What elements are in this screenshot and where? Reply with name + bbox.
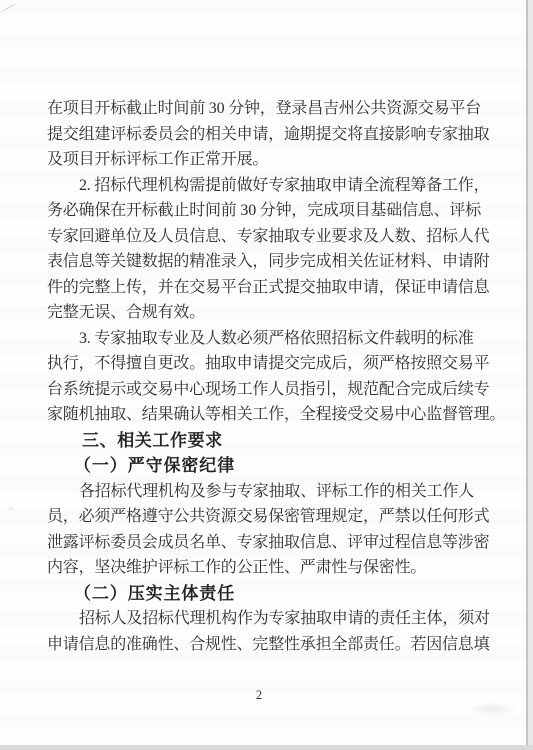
body-line: 台系统提示或交易中心现场工作人员指引，规范配合完成后续专 [47, 377, 493, 403]
body-line: 内容，坚决维护评标工作的公正性、严肃性与保密性。 [47, 555, 493, 581]
body-line: 及项目开标评标工作正常开展。 [47, 147, 493, 173]
scan-background-right [528, 0, 533, 750]
body-line: 泄露评标委员会成员名单、专家抽取信息、评审过程信息等涉密 [47, 530, 493, 556]
body-line: 招标人及招标代理机构作为专家抽取申请的责任主体，须对 [47, 606, 493, 632]
page-number: 2 [0, 688, 518, 703]
subsection-heading: （二）压实主体责任 [47, 581, 493, 607]
scan-background-bottom [0, 745, 533, 750]
body-line: 提交组建评标委员会的相关申请，逾期提交将直接影响专家抽取 [47, 122, 493, 148]
body-line: 件的完整上传，并在交易平台正式提交抽取申请，保证申请信息 [47, 275, 493, 301]
scan-smudge [447, 124, 475, 131]
body-line: 员，必须严格遵守公共资源交易保密管理规定，严禁以任何形式 [47, 504, 493, 530]
body-line: 2. 招标代理机构需提前做好专家抽取申请全流程筹备工作， [47, 173, 493, 199]
document-body: 在项目开标截止时间前 30 分钟，登录昌吉州公共资源交易平台 提交组建评标委员会… [47, 96, 493, 657]
body-line: 专家回避单位及人员信息、专家抽取专业要求及人数、招标人代 [47, 224, 493, 250]
body-line: 家随机抽取、结果确认等相关工作，全程接受交易中心监督管理。 [47, 402, 493, 428]
scan-smudge [468, 702, 518, 716]
body-line: 各招标代理机构及参与专家抽取、评标工作的相关工作人 [47, 479, 493, 505]
section-heading: 三、相关工作要求 [47, 428, 493, 454]
scan-smudge [6, 506, 16, 511]
body-line: 在项目开标截止时间前 30 分钟，登录昌吉州公共资源交易平台 [47, 96, 493, 122]
body-line: 3. 专家抽取专业及人数必须严格依照招标文件载明的标准 [47, 326, 493, 352]
body-line: 务必确保在开标截止时间前 30 分钟，完成项目基础信息、评标 [47, 198, 493, 224]
scan-corner-artifact [1, 4, 14, 12]
body-line: 表信息等关键数据的精准录入，同步完成相关佐证材料、申请附 [47, 249, 493, 275]
body-line: 执行，不得擅自更改。抽取申请提交完成后，须严格按照交易平 [47, 351, 493, 377]
body-line: 完整无误、合规有效。 [47, 300, 493, 326]
body-line: 申请信息的准确性、合规性、完整性承担全部责任。若因信息填 [47, 632, 493, 658]
scanned-document-page: 在项目开标截止时间前 30 分钟，登录昌吉州公共资源交易平台 提交组建评标委员会… [0, 0, 533, 750]
subsection-heading: （一）严守保密纪律 [47, 453, 493, 479]
